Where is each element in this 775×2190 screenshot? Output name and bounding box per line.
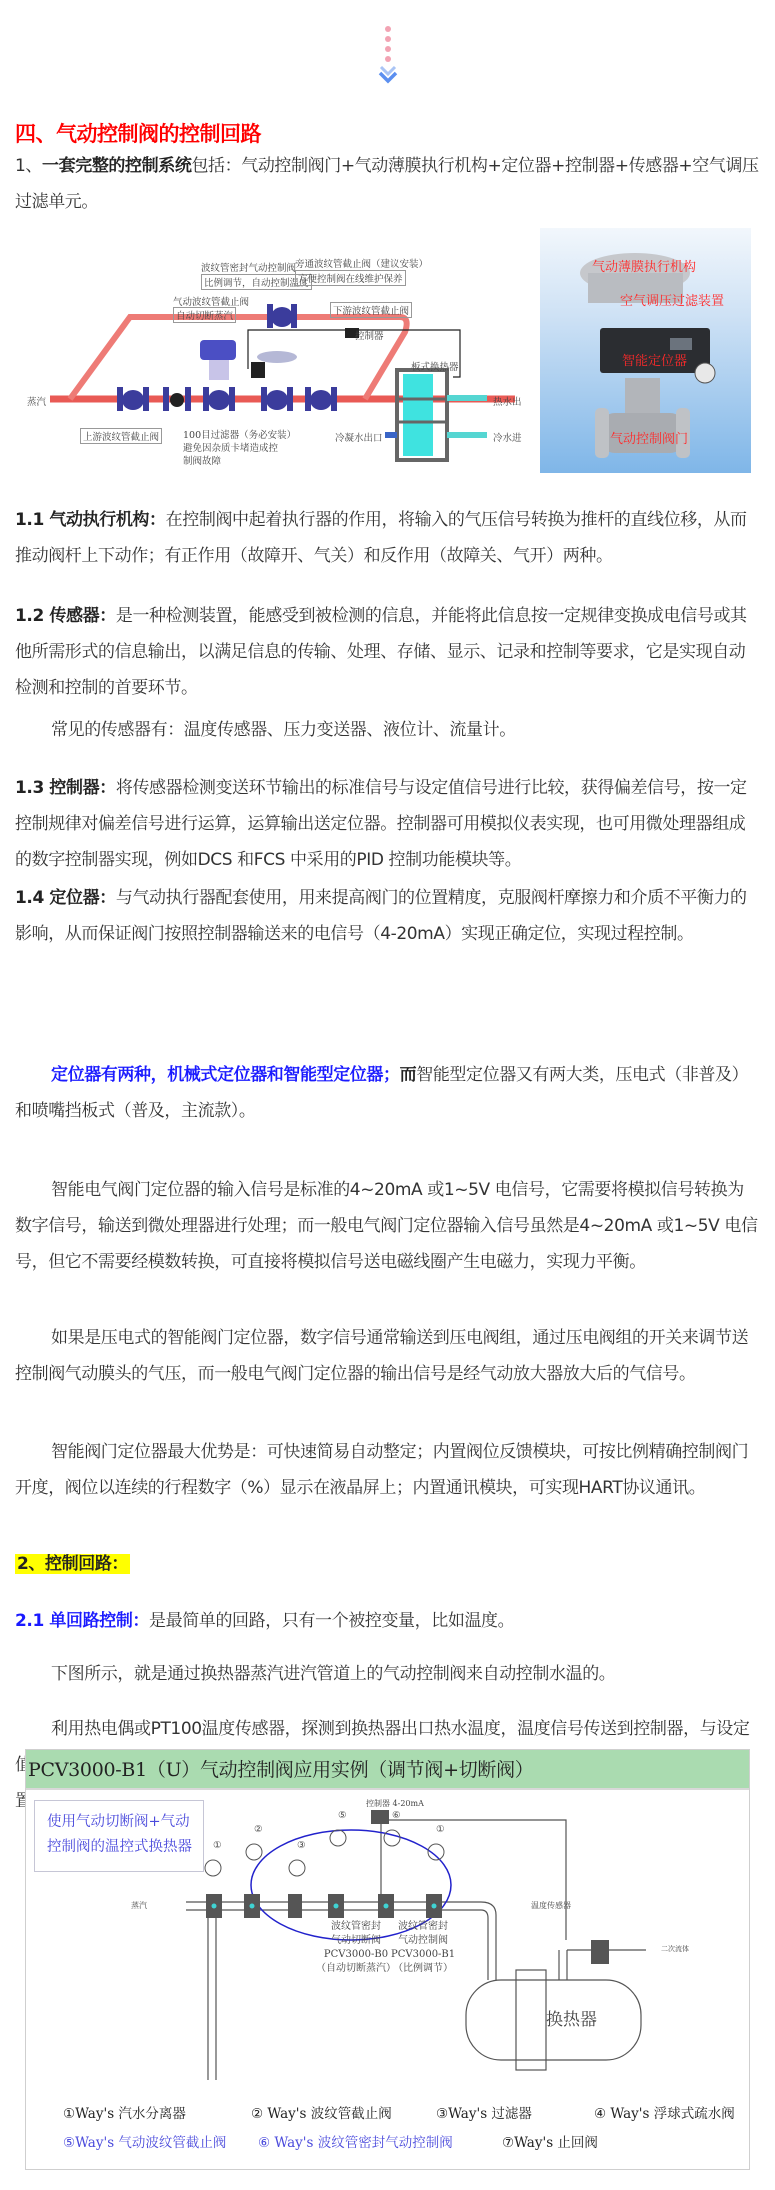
valve5-line2: 气动切断阀 bbox=[316, 1934, 396, 1948]
label-steam: 蒸汽 bbox=[131, 1900, 147, 1911]
item-text: 是一种检测装置，能感受到被检测的信息，并能将此信息按一定规律变换成电信号或其他所… bbox=[15, 606, 747, 698]
item-positioner: 1.4 定位器：与气动执行器配套使用，用来提高阀门的位置精度，克服阀杆摩擦力和介… bbox=[15, 880, 760, 952]
single-loop-text: 是最简单的回路，只有一个被控变量，比如温度。 bbox=[149, 1611, 514, 1631]
label-pneumatic-stop-sub: 自动切断蒸汽 bbox=[173, 307, 236, 323]
photo-label-valve: 气动控制阀门 bbox=[610, 428, 688, 447]
positioner-highlight: 定位器有两种，机械式定位器和智能型定位器； bbox=[51, 1065, 400, 1085]
label-bypass-sub: 方便控制阀在线维护保养 bbox=[295, 270, 406, 286]
section-title: 四、气动控制阀的控制回路 bbox=[15, 118, 261, 148]
label-plate-hx: 板式换热器 bbox=[411, 359, 459, 373]
valve5-line1: 波纹管密封 bbox=[316, 1920, 396, 1934]
marker-6: ⑥ bbox=[392, 1810, 401, 1821]
item-label: 1.3 控制器： bbox=[15, 778, 116, 798]
valve-photo: 气动薄膜执行机构 空气调压过滤装置 智能定位器 气动控制阀门 bbox=[540, 228, 751, 473]
item-actuator: 1.1 气动执行机构：在控制阀中起着执行器的作用，将输入的气压信号转换为推杆的直… bbox=[15, 502, 760, 574]
label-filter-sub1: 避免因杂质卡堵造成控 bbox=[183, 440, 278, 454]
application-example-panel: PCV3000-B1（U）气动控制阀应用实例（调节阀+切断阀） 使用气动切断阀+… bbox=[25, 1749, 750, 2170]
label-cold-in: 冷水进 bbox=[493, 430, 522, 444]
positioner-bold: 而 bbox=[400, 1065, 417, 1085]
sensor-types: 常见的传感器有：温度传感器、压力变送器、液位计、流量计。 bbox=[15, 712, 760, 748]
label-temp-sensor: 温度传感器 bbox=[531, 1900, 571, 1911]
chevron-down-icon bbox=[378, 64, 398, 84]
paragraph-figure-intro: 下图所示，就是通过换热器蒸汽进汽管道上的气动控制阀来自动控制水温的。 bbox=[15, 1656, 760, 1692]
intro-bold: 一套完整的控制系统 bbox=[42, 156, 191, 176]
label-condensate-out: 冷凝水出口 bbox=[335, 430, 383, 444]
valve5-line4: （自动切断蒸汽） bbox=[316, 1962, 396, 1976]
valve5-line3: PCV3000-B0 bbox=[316, 1948, 396, 1962]
label-upstream: 上游波纹管截止阀 bbox=[80, 428, 162, 444]
label-downstream: 下游波纹管截止阀 bbox=[330, 302, 412, 318]
single-loop-control: 2.1 单回路控制：是最简单的回路，只有一个被控变量，比如温度。 bbox=[15, 1603, 760, 1639]
legend-item-6: ⑥ Way's 波纹管密封气动控制阀 bbox=[258, 2131, 453, 2151]
label-secondary-fluid: 二次流体 bbox=[661, 1944, 689, 1954]
photo-label-actuator: 气动薄膜执行机构 bbox=[592, 256, 696, 275]
valve6-line4: （比例调节） bbox=[391, 1962, 455, 1976]
valve6-line1: 波纹管密封 bbox=[391, 1920, 455, 1934]
label-controller-signal: 控制器 4-20mA bbox=[366, 1798, 424, 1809]
label-valve5: 波纹管密封 气动切断阀 PCV3000-B0 （自动切断蒸汽） bbox=[316, 1920, 396, 1976]
item-text: 将传感器检测变送环节输出的标准信号与设定值信号进行比较，获得偏差信号，按一定控制… bbox=[15, 778, 747, 870]
label-pneumatic-stop: 气动波纹管截止阀 bbox=[173, 294, 249, 308]
intro-paragraph: 1、一套完整的控制系统包括：气动控制阀门+气动薄膜执行机构+定位器+控制器+传感… bbox=[15, 148, 760, 220]
single-loop-label: 2.1 单回路控制： bbox=[15, 1611, 149, 1631]
marker-5: ⑤ bbox=[338, 1810, 347, 1821]
photo-label-air-filter: 空气调压过滤装置 bbox=[620, 290, 724, 309]
control-loop-heading: 2、控制回路： bbox=[15, 1546, 760, 1582]
item-label: 1.1 气动执行机构： bbox=[15, 510, 166, 530]
marker-2: ② bbox=[254, 1824, 263, 1835]
positioner-types: 定位器有两种，机械式定位器和智能型定位器；而智能型定位器又有两大类，压电式（非普… bbox=[15, 1057, 760, 1129]
label-heat-exchanger: 换热器 bbox=[546, 2005, 597, 2030]
item-label: 1.4 定位器： bbox=[15, 888, 116, 908]
control-loop-title: 2、控制回路： bbox=[15, 1554, 130, 1574]
label-steam: 蒸汽 bbox=[27, 394, 46, 408]
legend-item-3: ③Way's 过滤器 bbox=[436, 2102, 532, 2122]
label-filter-sub2: 制阀故障 bbox=[183, 453, 221, 467]
valve6-line3: PCV3000-B1 bbox=[391, 1948, 455, 1962]
label-controller: 控制器 bbox=[355, 328, 384, 342]
legend-item-7: ⑦Way's 止回阀 bbox=[502, 2131, 598, 2151]
valve6-line2: 气动控制阀 bbox=[391, 1934, 455, 1948]
legend-item-2: ② Way's 波纹管截止阀 bbox=[251, 2102, 392, 2122]
label-bellows-control: 波纹管密封气动控制阀 bbox=[201, 260, 296, 274]
item-controller: 1.3 控制器：将传感器检测变送环节输出的标准信号与设定值信号进行比较，获得偏差… bbox=[15, 770, 760, 878]
label-hot-out: 热水出 bbox=[493, 394, 522, 408]
paragraph-piezo-positioner: 如果是压电式的智能阀门定位器，数字信号通常输送到压电阀组，通过压电阀组的开关来调… bbox=[15, 1320, 760, 1392]
item-text: 与气动执行器配套使用，用来提高阀门的位置精度，克服阀杆摩擦力和介质不平衡力的影响… bbox=[15, 888, 747, 944]
divider-arrow-icon bbox=[372, 22, 404, 88]
marker-3: ③ bbox=[297, 1840, 306, 1851]
intro-prefix: 1、 bbox=[15, 156, 42, 176]
paragraph-advantages: 智能阀门定位器最大优势是：可快速简易自动整定；内置阀位反馈模块，可按比例精确控制… bbox=[15, 1434, 760, 1506]
label-bypass: 旁通波纹管截止阀（建议安装） bbox=[295, 256, 428, 270]
item-sensor: 1.2 传感器：是一种检测装置，能感受到被检测的信息，并能将此信息按一定规律变换… bbox=[15, 598, 760, 706]
photo-label-positioner: 智能定位器 bbox=[622, 350, 687, 369]
item-label: 1.2 传感器： bbox=[15, 606, 116, 626]
legend-item-5: ⑤Way's 气动波纹管截止阀 bbox=[63, 2131, 226, 2151]
legend-item-1: ①Way's 汽水分离器 bbox=[63, 2102, 186, 2122]
marker-1: ① bbox=[213, 1840, 222, 1851]
control-loop-diagram: 波纹管密封气动控制阀 比例调节，自动控制温度 旁通波纹管截止阀（建议安装） 方便… bbox=[15, 222, 535, 474]
legend-item-4: ④ Way's 浮球式疏水阀 bbox=[594, 2102, 735, 2122]
label-valve6: 波纹管密封 气动控制阀 PCV3000-B1 （比例调节） bbox=[391, 1920, 455, 1976]
panel-title: PCV3000-B1（U）气动控制阀应用实例（调节阀+切断阀） bbox=[26, 1750, 749, 1790]
label-filter: 100目过滤器（务必安装） bbox=[183, 427, 296, 441]
marker-1b: ① bbox=[436, 1824, 445, 1835]
paragraph-smart-positioner: 智能电气阀门定位器的输入信号是标准的4~20mA 或1~5V 电信号，它需要将模… bbox=[15, 1172, 760, 1280]
